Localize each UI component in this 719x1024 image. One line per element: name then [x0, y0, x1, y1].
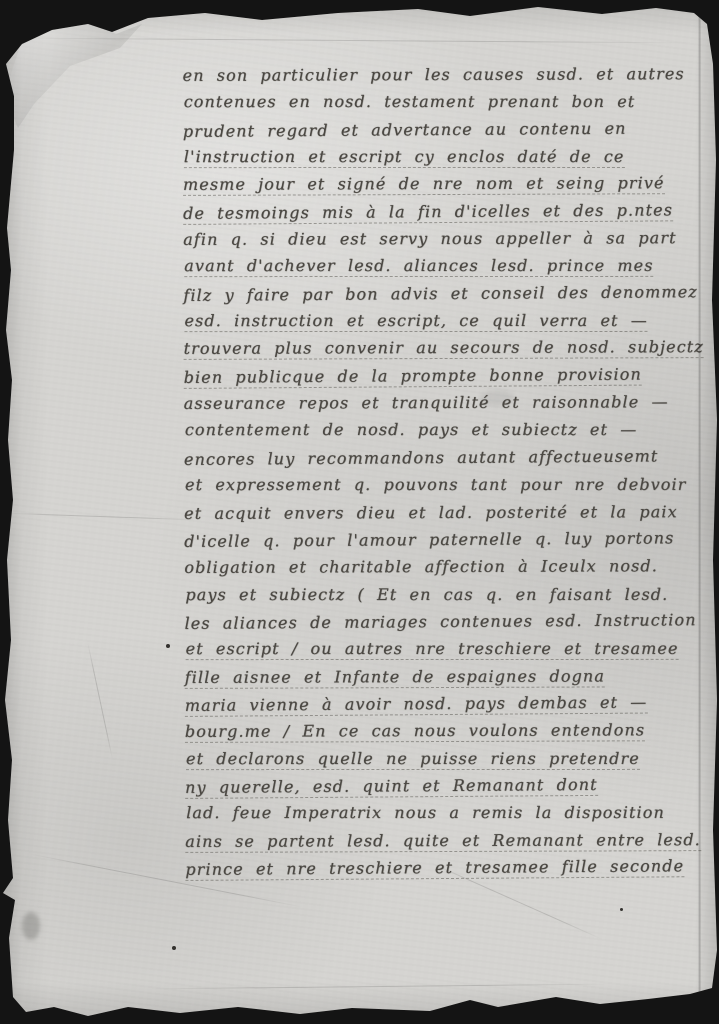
manuscript-line-text: asseurance repos et tranquilité et raiso…	[184, 392, 669, 413]
manuscript-line-text: les aliances de mariages contenues esd. …	[184, 610, 696, 633]
ink-speck	[166, 644, 170, 648]
torn-corner	[0, 0, 150, 140]
manuscript-line-text: et declarons quelle ne puisse riens pret…	[186, 749, 640, 770]
manuscript-line: fille aisnee et Infante de espaignes dog…	[185, 662, 713, 691]
manuscript-line-text: contentement de nosd. pays et subiectz e…	[185, 420, 637, 439]
paper-crease	[6, 513, 196, 521]
manuscript-line-text: pays et subiectz ( Et en cas q. en faisa…	[185, 584, 668, 603]
manuscript-line: en son particulier pour les causes susd.…	[183, 60, 711, 89]
manuscript-line: prudent regard et advertance au contenu …	[183, 114, 711, 145]
manuscript-line: l'instruction et escript cy enclos daté …	[184, 143, 712, 171]
manuscript-line: et expressement q. pouvons tant pour nre…	[185, 471, 713, 499]
manuscript-line: et escript / ou autres nre treschiere et…	[186, 635, 714, 663]
manuscript-line: ains se partent lesd. quite et Remanant …	[185, 826, 713, 855]
manuscript-line-text: ains se partent lesd. quite et Remanant …	[185, 830, 701, 853]
manuscript-line: contentement de nosd. pays et subiectz e…	[185, 416, 713, 444]
manuscript-page: en son particulier pour les causes susd.…	[0, 0, 719, 1024]
manuscript-line: les aliances de mariages contenues esd. …	[184, 606, 712, 637]
manuscript-line-text: fille aisnee et Infante de espaignes dog…	[185, 666, 605, 688]
paper-stain	[22, 912, 40, 940]
manuscript-line-text: obligation et charitable affection à Ice…	[184, 556, 658, 577]
manuscript-line-text: et escript / ou autres nre treschiere et…	[186, 639, 679, 660]
manuscript-line: d'icelle q. pour l'amour paternelle q. l…	[184, 524, 712, 555]
manuscript-line-text: en son particulier pour les causes susd.…	[183, 64, 685, 85]
manuscript-line: et acquit envers dieu et lad. posterité …	[184, 498, 712, 527]
manuscript-line: avant d'achever lesd. aliances lesd. pri…	[184, 252, 712, 280]
manuscript-line-text: ny querelle, esd. quint et Remanant dont	[185, 775, 598, 799]
manuscript-line: mesme jour et signé de nre nom et seing …	[183, 169, 711, 198]
manuscript-line: pays et subiectz ( Et en cas q. en faisa…	[185, 580, 713, 608]
paper-crease	[87, 642, 113, 760]
manuscript-line-text: encores luy recommandons autant affectue…	[184, 446, 659, 468]
manuscript-line: esd. instruction et escript, ce quil ver…	[184, 307, 712, 335]
manuscript-line: obligation et charitable affection à Ice…	[184, 552, 712, 581]
paper-crease	[14, 38, 694, 44]
manuscript-line-text: et expressement q. pouvons tant pour nre…	[185, 475, 686, 494]
manuscript-line-text: mesme jour et signé de nre nom et seing …	[183, 174, 665, 197]
manuscript-line-text: de tesmoings mis à la fin d'icelles et d…	[183, 200, 673, 225]
manuscript-line: de tesmoings mis à la fin d'icelles et d…	[183, 196, 711, 227]
manuscript-line: bourg.me / En ce cas nous voulons entend…	[185, 716, 713, 745]
paper-crease	[150, 984, 610, 990]
manuscript-line-text: contenues en nosd. testament prenant bon…	[184, 92, 636, 111]
manuscript-line-text: afin q. si dieu est servy nous appeller …	[183, 228, 676, 249]
manuscript-line-text: prudent regard et advertance au contenu …	[183, 118, 627, 140]
manuscript-line-text: et acquit envers dieu et lad. posterité …	[184, 502, 678, 523]
manuscript-line: bien publicque de la prompte bonne provi…	[184, 360, 712, 391]
manuscript-line-text: trouvera plus convenir au secours de nos…	[184, 338, 704, 361]
manuscript-line: afin q. si dieu est servy nous appeller …	[183, 224, 711, 253]
manuscript-line: lad. feue Imperatrix nous a remis la dis…	[186, 799, 714, 827]
manuscript-line-text: filz y faire par bon advis et conseil de…	[183, 282, 698, 305]
manuscript-line-text: prince et nre treschiere et tresamee fil…	[185, 856, 684, 881]
manuscript-line-text: d'icelle q. pour l'amour paternelle q. l…	[184, 528, 674, 551]
manuscript-line-text: bourg.me / En ce cas nous voulons entend…	[185, 721, 645, 744]
manuscript-line-text: lad. feue Imperatrix nous a remis la dis…	[186, 803, 665, 822]
manuscript-line: et declarons quelle ne puisse riens pret…	[186, 744, 714, 772]
photo-backdrop: en son particulier pour les causes susd.…	[0, 0, 719, 1024]
manuscript-line: maria vienne à avoir nosd. pays dembas e…	[185, 688, 713, 719]
manuscript-line: contenues en nosd. testament prenant bon…	[184, 88, 712, 116]
manuscript-line-text: avant d'achever lesd. aliances lesd. pri…	[184, 256, 653, 277]
manuscript-line-text: maria vienne à avoir nosd. pays dembas e…	[185, 692, 648, 716]
manuscript-line: encores luy recommandons autant affectue…	[184, 442, 712, 473]
manuscript-line: prince et nre treschiere et tresamee fil…	[185, 852, 713, 883]
ink-speck	[620, 908, 623, 911]
manuscript-line-text: l'instruction et escript cy enclos daté …	[184, 147, 625, 168]
manuscript-line: ny querelle, esd. quint et Remanant dont	[185, 770, 713, 801]
ink-speck	[172, 946, 176, 950]
manuscript-line: filz y faire par bon advis et conseil de…	[183, 278, 711, 309]
manuscript-line: asseurance repos et tranquilité et raiso…	[184, 388, 712, 417]
manuscript-text-block: en son particulier pour les causes susd.…	[183, 60, 714, 882]
manuscript-line: trouvera plus convenir au secours de nos…	[184, 334, 712, 363]
manuscript-line-text: bien publicque de la prompte bonne provi…	[184, 364, 642, 388]
manuscript-line-text: esd. instruction et escript, ce quil ver…	[184, 311, 647, 332]
